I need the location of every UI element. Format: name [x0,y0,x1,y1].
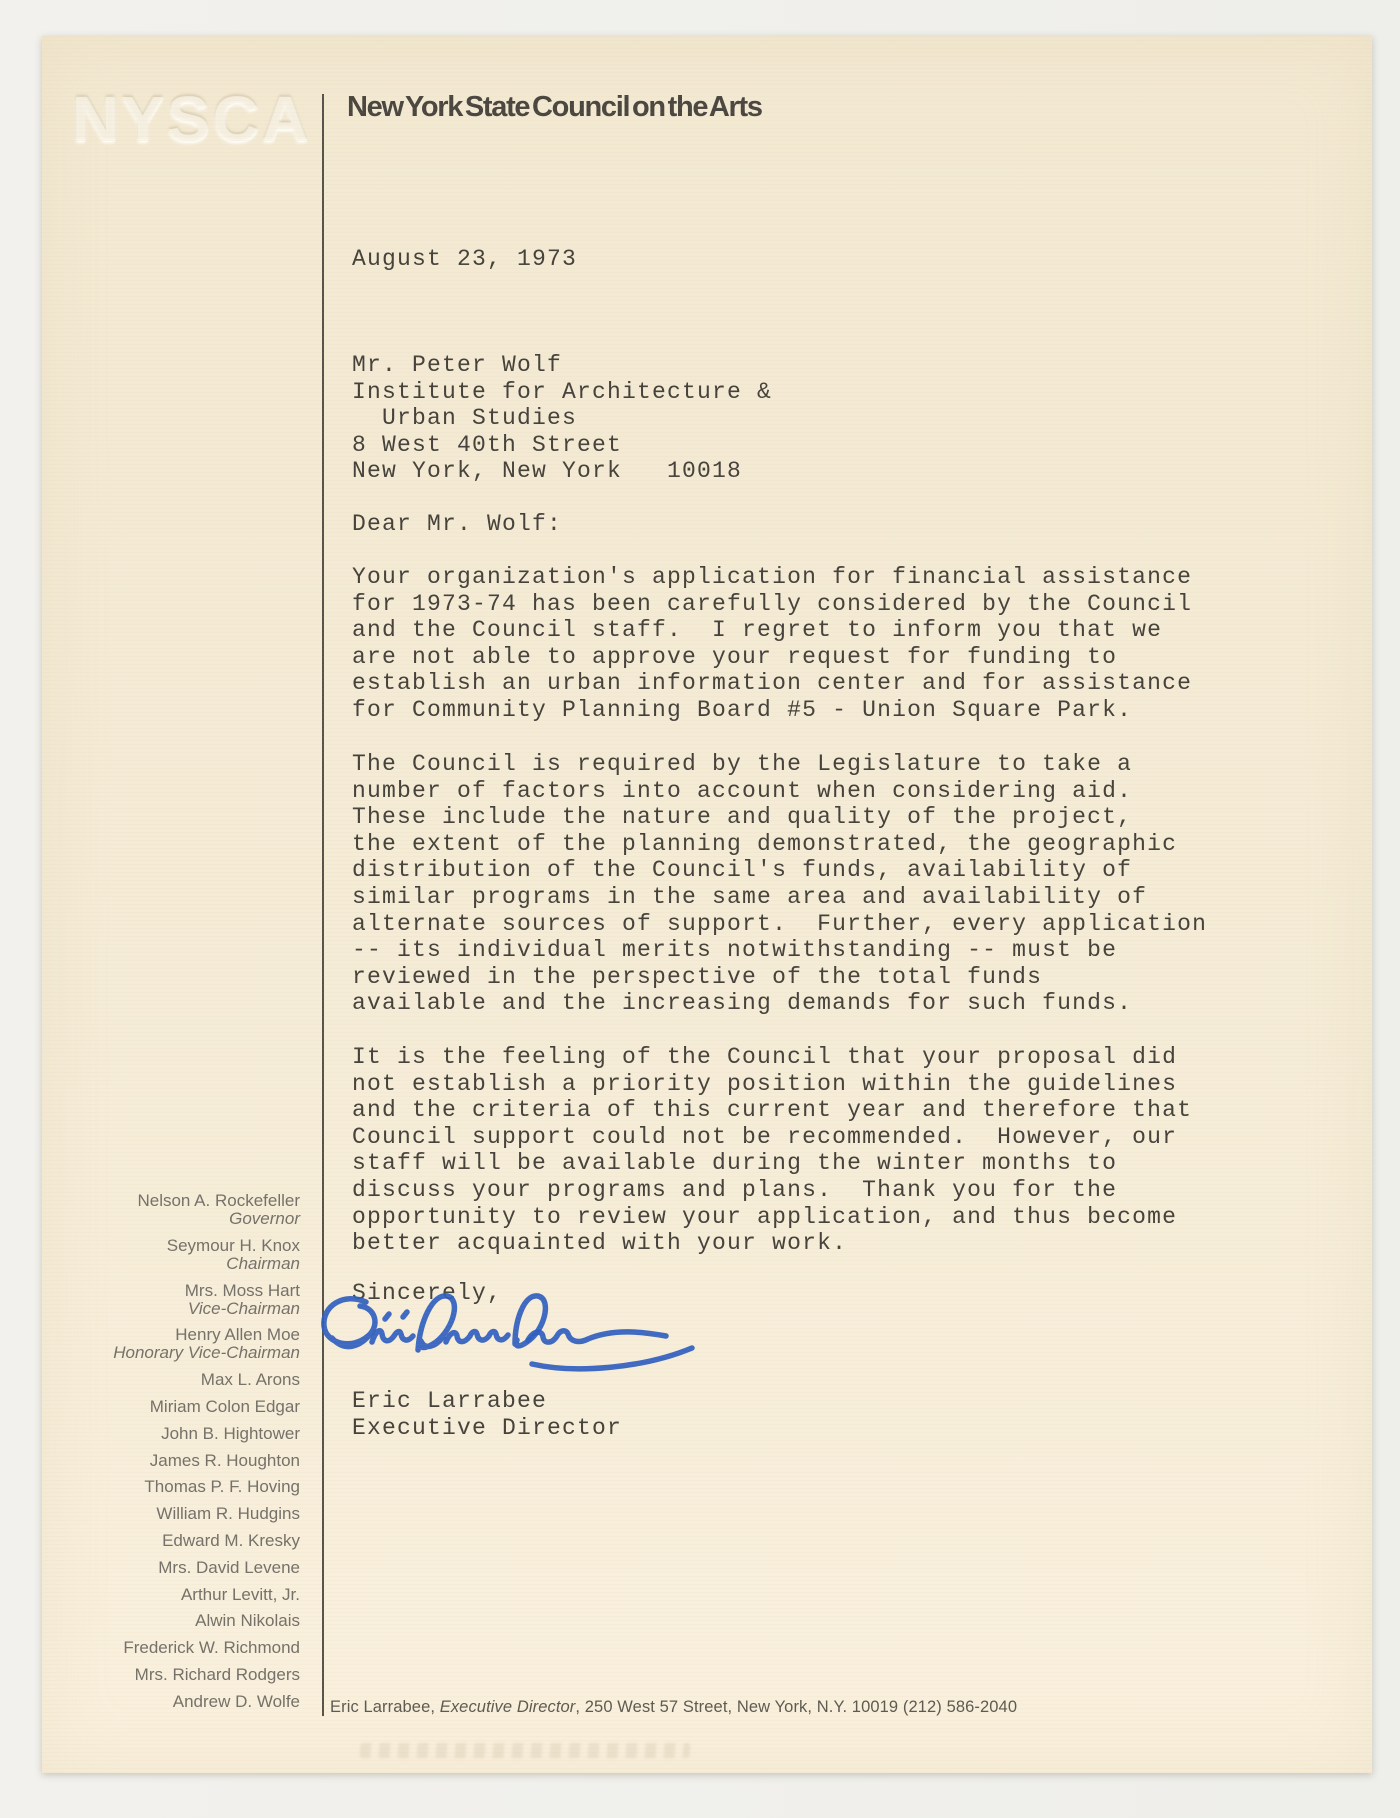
list-item: John B. Hightower [60,1425,300,1443]
member-name: Max L. Arons [60,1371,300,1389]
member-name: Mrs. Moss Hart [60,1282,300,1300]
list-item: Mrs. Richard Rodgers [60,1666,300,1684]
member-title: Chairman [60,1255,300,1273]
signer-title: Executive Director [352,1415,622,1442]
recipient-address: Mr. Peter Wolf Institute for Architectur… [352,352,772,485]
salutation: Dear Mr. Wolf: [352,511,562,538]
member-name: Alwin Nikolais [60,1612,300,1630]
member-name: Henry Allen Moe [60,1326,300,1344]
member-name: Seymour H. Knox [60,1237,300,1255]
member-name: William R. Hudgins [60,1505,300,1523]
member-name: Mrs. David Levene [60,1559,300,1577]
list-item: Edward M. Kresky [60,1532,300,1550]
body-paragraph-2: The Council is required by the Legislatu… [352,751,1207,1017]
letter-page: NYSCA New York State Council on the Arts… [42,36,1372,1773]
council-members-list: Nelson A. Rockefeller Governor Seymour H… [60,1192,300,1720]
list-item: Alwin Nikolais [60,1612,300,1630]
member-name: James R. Houghton [60,1452,300,1470]
member-name: Nelson A. Rockefeller [60,1192,300,1210]
list-item: Henry Allen Moe Honorary Vice-Chairman [60,1326,300,1362]
list-item: Mrs. Moss Hart Vice-Chairman [60,1282,300,1318]
member-name: Thomas P. F. Hoving [60,1478,300,1496]
signer-name: Eric Larrabee [352,1388,547,1415]
member-name: Arthur Levitt, Jr. [60,1586,300,1604]
letterhead-footer-contact: Eric Larrabee, Executive Director, 250 W… [330,1698,1017,1717]
member-name: Andrew D. Wolfe [60,1693,300,1711]
nysca-embossed-watermark: NYSCA [72,82,311,156]
member-name: Edward M. Kresky [60,1532,300,1550]
body-paragraph-1: Your organization's application for fina… [352,564,1192,724]
member-title: Honorary Vice-Chairman [60,1344,300,1362]
footer-title: Executive Director [440,1698,576,1716]
member-title: Vice-Chairman [60,1300,300,1318]
organization-name: New York State Council on the Arts [347,91,762,124]
member-name: John B. Hightower [60,1425,300,1443]
list-item: Max L. Arons [60,1371,300,1389]
footer-name: Eric Larrabee, [330,1698,440,1716]
list-item: Andrew D. Wolfe [60,1693,300,1711]
footer-address: , 250 West 57 Street, New York, N.Y. 100… [575,1698,1017,1716]
list-item: Mrs. David Levene [60,1559,300,1577]
handwritten-signature-ink [314,1286,714,1404]
ink-bleed-through [359,1743,690,1758]
list-item: Arthur Levitt, Jr. [60,1586,300,1604]
member-title: Governor [60,1210,300,1228]
list-item: Nelson A. Rockefeller Governor [60,1192,300,1228]
body-paragraph-3: It is the feeling of the Council that yo… [352,1044,1192,1257]
list-item: William R. Hudgins [60,1505,300,1523]
letterhead-vertical-rule [322,94,324,1716]
member-name: Miriam Colon Edgar [60,1398,300,1416]
list-item: Thomas P. F. Hoving [60,1478,300,1496]
list-item: James R. Houghton [60,1452,300,1470]
member-name: Mrs. Richard Rodgers [60,1666,300,1684]
letter-date: August 23, 1973 [352,246,577,273]
list-item: Frederick W. Richmond [60,1639,300,1657]
list-item: Seymour H. Knox Chairman [60,1237,300,1273]
member-name: Frederick W. Richmond [60,1639,300,1657]
list-item: Miriam Colon Edgar [60,1398,300,1416]
